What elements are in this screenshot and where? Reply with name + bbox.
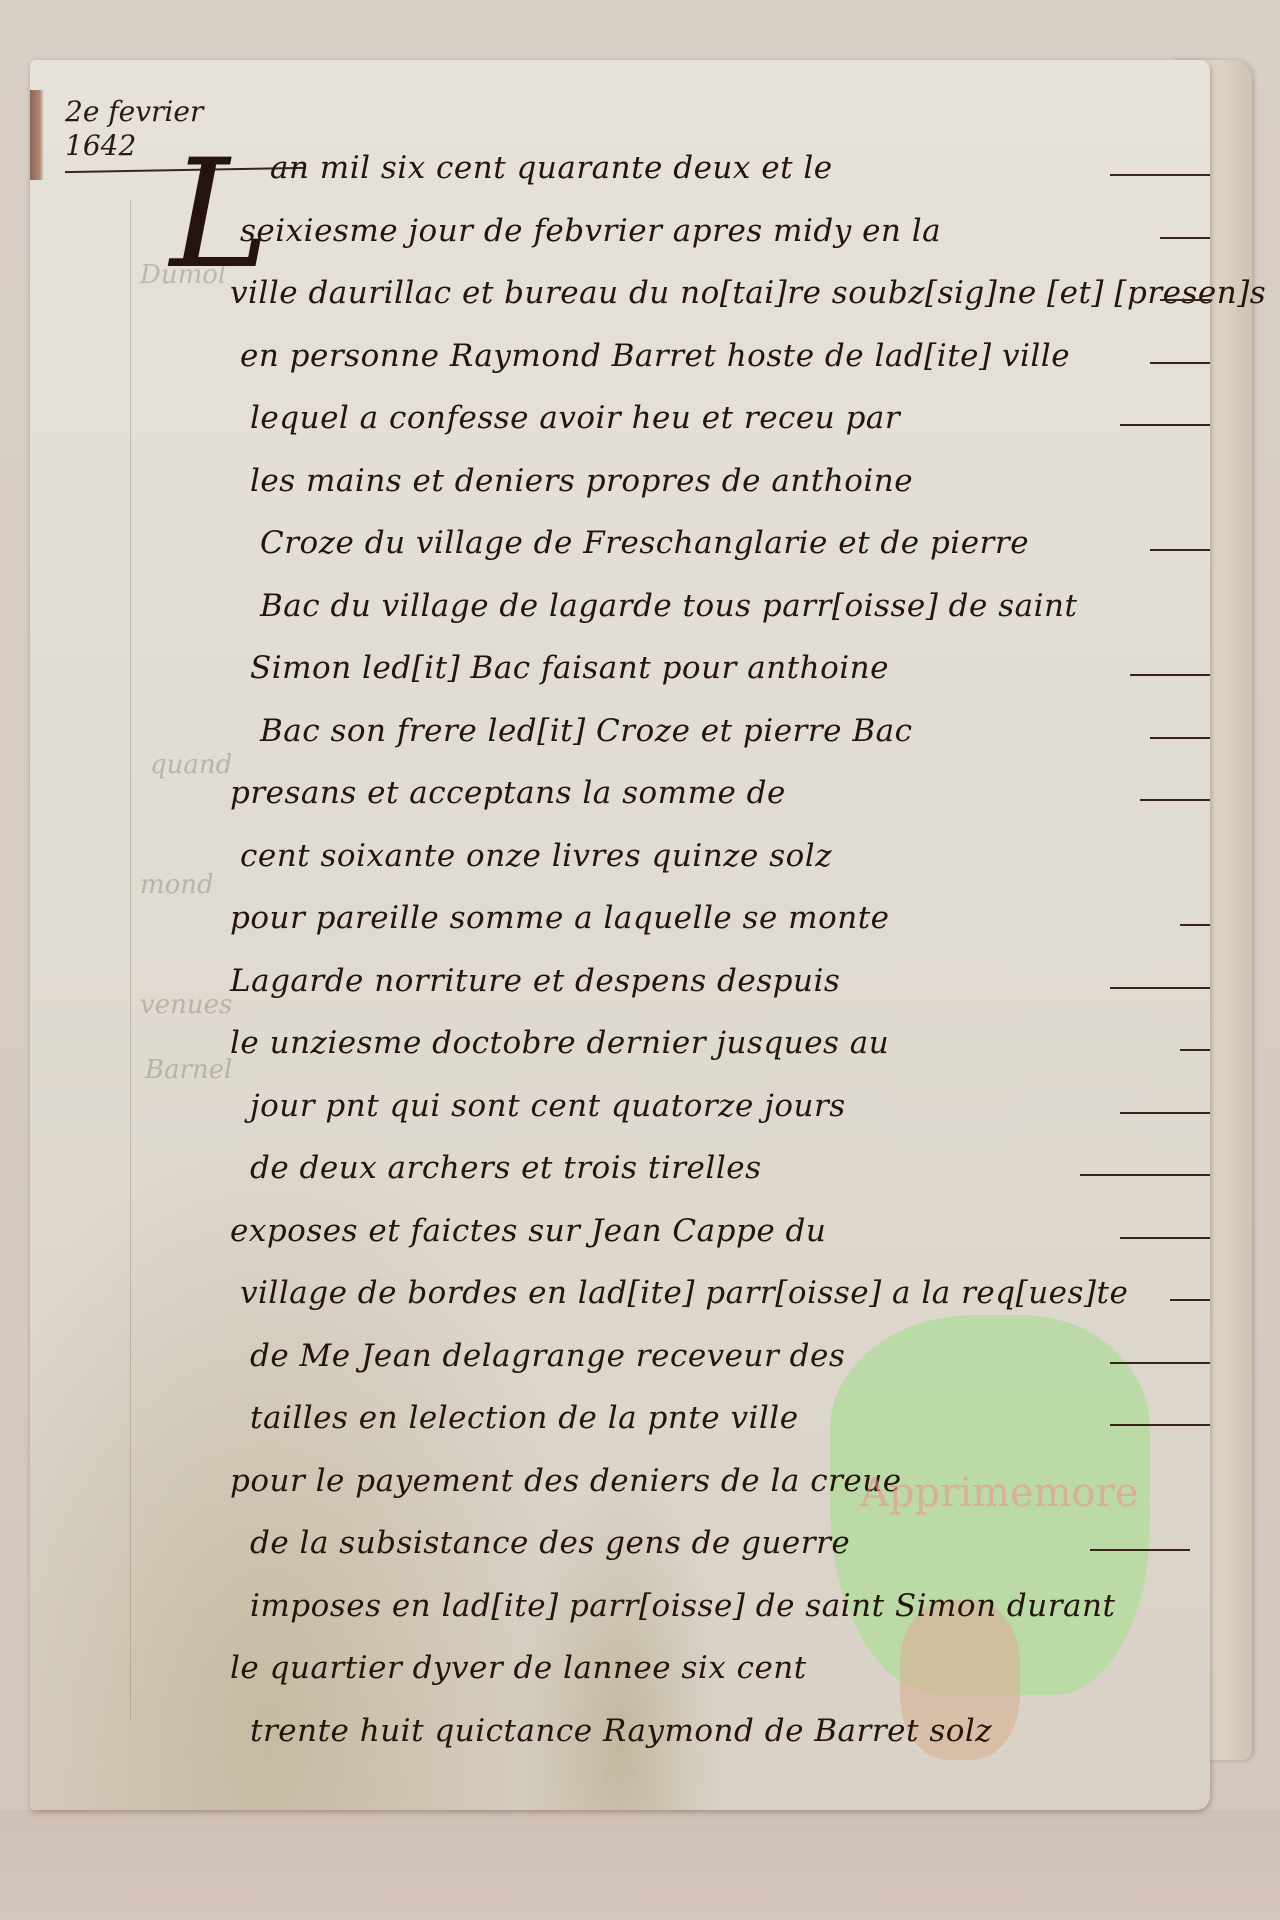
text-line: seixiesme jour de febvrier apres midy en… (230, 213, 1220, 276)
line-filler-dash (1120, 424, 1210, 426)
text-line: village de bordes en lad[ite] parr[oisse… (230, 1275, 1220, 1338)
text-line: exposes et faictes sur Jean Cappe du (230, 1213, 1220, 1276)
text-line: Croze du village de Freschanglarie et de… (230, 525, 1220, 588)
text-line: Lagarde norriture et despens despuis (230, 963, 1220, 1026)
text-line: cent soixante onze livres quinze solz (230, 838, 1220, 901)
watermark-text: Apprimemore (860, 1470, 1138, 1516)
text-line: le quartier dyver de lannee six cent (230, 1650, 1220, 1713)
text-line: imposes en lad[ite] parr[oisse] de saint… (230, 1588, 1220, 1651)
line-filler-dash (1130, 674, 1210, 676)
margin-note-day: 2e fevrier (65, 95, 305, 129)
line-filler-dash (1160, 237, 1210, 239)
page-edge-stain (30, 90, 44, 180)
line-filler-dash (1180, 1049, 1210, 1051)
manuscript-text: an mil six cent quarante deux et le seix… (230, 150, 1220, 1775)
text-line: an mil six cent quarante deux et le (230, 150, 1220, 213)
bleed-through-text: quand (150, 750, 232, 780)
text-line: jour pnt qui sont cent quatorze jours (230, 1088, 1220, 1151)
backdrop (0, 1810, 1280, 1920)
line-filler-dash (1170, 1299, 1210, 1301)
text-line: le unziesme doctobre dernier jusques au (230, 1025, 1220, 1088)
line-filler-dash (1080, 1174, 1210, 1176)
line-filler-dash (1110, 174, 1210, 176)
line-filler-dash (1180, 924, 1210, 926)
line-filler-dash (1110, 1362, 1210, 1364)
text-line: lequel a confesse avoir heu et receu par (230, 400, 1220, 463)
margin-rule (130, 200, 131, 1720)
text-line: trente huit quictance Raymond de Barret … (230, 1713, 1220, 1776)
text-line: les mains et deniers propres de anthoine (230, 463, 1220, 526)
text-line: de la subsistance des gens de guerre (230, 1525, 1220, 1588)
text-line: Simon led[it] Bac faisant pour anthoine (230, 650, 1220, 713)
line-filler-dash (1090, 1549, 1190, 1551)
line-filler-dash (1110, 1424, 1210, 1426)
bleed-through-text: Barnel (145, 1055, 232, 1085)
line-filler-dash (1150, 362, 1210, 364)
line-filler-dash (1150, 549, 1210, 551)
text-line: ville daurillac et bureau du no[tai]re s… (230, 275, 1220, 338)
text-line: en personne Raymond Barret hoste de lad[… (230, 338, 1220, 401)
line-filler-dash (1140, 799, 1210, 801)
bleed-through-text: venues (140, 990, 232, 1020)
text-line: Bac du village de lagarde tous parr[oiss… (230, 588, 1220, 651)
bleed-through-text: mond (140, 870, 214, 900)
text-line: de Me Jean delagrange receveur des (230, 1338, 1220, 1401)
line-filler-dash (1120, 1112, 1210, 1114)
line-filler-dash (1150, 737, 1210, 739)
text-line: pour pareille somme a laquelle se monte (230, 900, 1220, 963)
text-line: tailles en lelection de la pnte ville (230, 1400, 1220, 1463)
line-filler-dash (1160, 299, 1210, 301)
line-filler-dash (1110, 987, 1210, 989)
line-filler-dash (1120, 1237, 1210, 1239)
text-line: presans et acceptans la somme de (230, 775, 1220, 838)
text-line: Bac son frere led[it] Croze et pierre Ba… (230, 713, 1220, 776)
text-line: de deux archers et trois tirelles (230, 1150, 1220, 1213)
